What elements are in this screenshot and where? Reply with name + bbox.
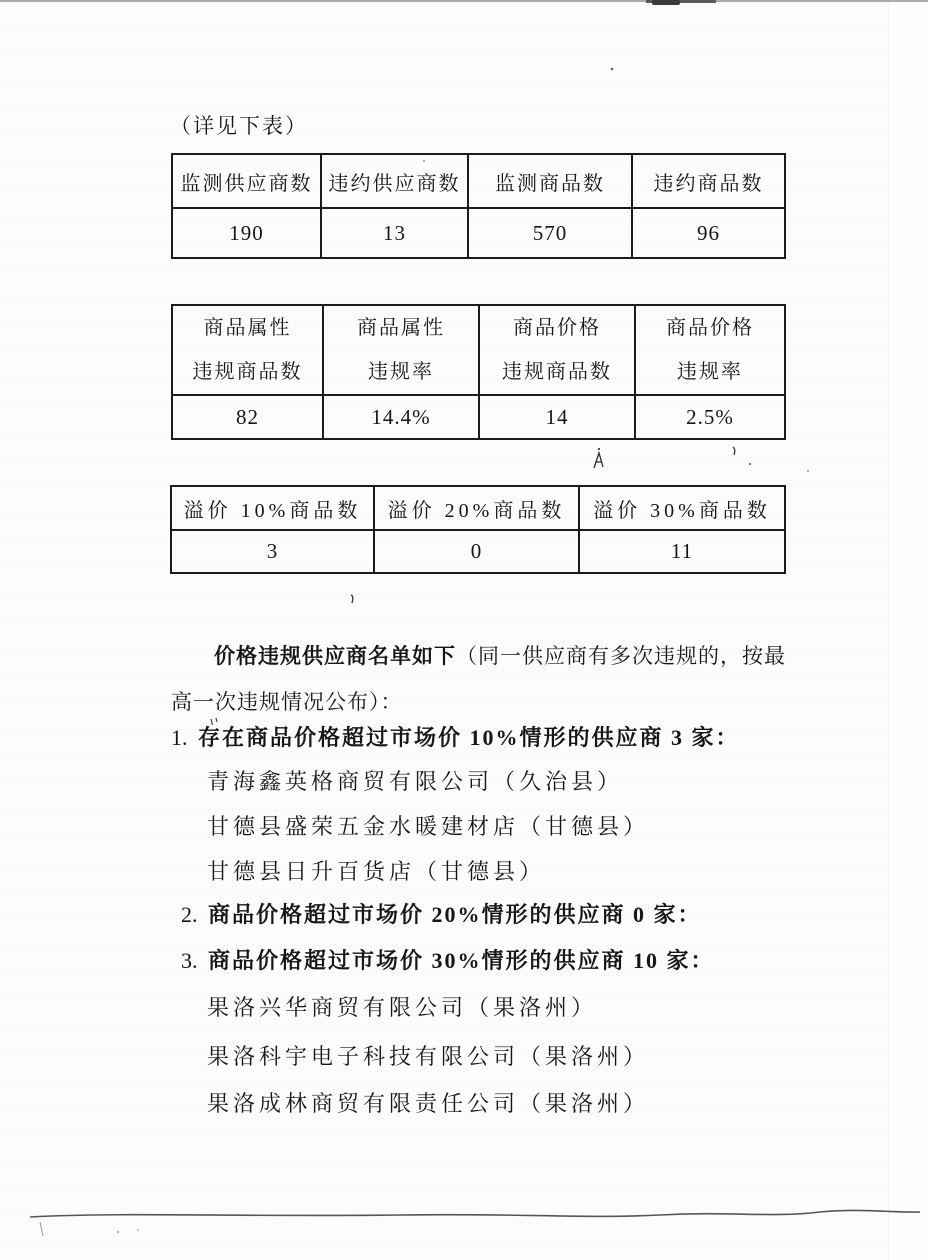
scan-top-smudge xyxy=(646,0,716,3)
ink-speck xyxy=(137,1229,139,1231)
ink-speck xyxy=(117,1231,119,1233)
header-cell: 商品属性违规商品数 xyxy=(172,305,323,395)
section-title-text: 存在商品价格超过市场价 10%情形的供应商 3 家： xyxy=(198,725,740,750)
table-value-row: 82 14.4% 14 2.5% xyxy=(172,395,785,439)
supplier-item: 甘德县盛荣五金水暖建材店（甘德县） xyxy=(171,813,847,841)
table-header-row: 商品属性违规商品数 商品属性违规率 商品价格违规商品数 商品价格违规率 xyxy=(172,305,785,395)
scan-top-edge-line xyxy=(0,0,928,2)
scan-page-edge xyxy=(888,0,928,1260)
section-number: 2. xyxy=(181,901,205,929)
paragraph-lead-rest: （同一供应商有多次违规的，按最 xyxy=(456,644,786,668)
header-cell: 监测供应商数 xyxy=(172,154,321,208)
ink-comma xyxy=(733,447,735,455)
value-cell: 190 xyxy=(172,208,321,258)
scan-bottom-edge-line xyxy=(30,1210,920,1217)
supplier-item: 甘德县日升百货店（甘德县） xyxy=(171,858,847,886)
value-cell: 2.5% xyxy=(635,395,785,439)
section-title-text: 商品价格超过市场价 30%情形的供应商 10 家： xyxy=(208,948,715,973)
header-cell: 溢价 30%商品数 xyxy=(579,486,785,530)
header-cell: 商品属性违规率 xyxy=(323,305,479,395)
monitoring-summary-table: 监测供应商数 违约供应商数 监测商品数 违约商品数 190 13 570 96 xyxy=(171,153,786,259)
price-violation-intro-paragraph: 价格违规供应商名单如下（同一供应商有多次违规的，按最 高一次违规情况公布）： xyxy=(171,633,796,725)
table-value-row: 3 0 11 xyxy=(171,530,785,573)
header-cell: 商品价格违规率 xyxy=(635,305,785,395)
scan-edge-tick xyxy=(40,1222,43,1236)
section-number: 1. xyxy=(171,724,195,752)
paragraph-lead-bold: 价格违规供应商名单如下 xyxy=(214,644,456,668)
ink-comma xyxy=(351,595,353,603)
header-cell: 溢价 10%商品数 xyxy=(171,486,374,530)
paragraph-line: 高一次违规情况公布）： xyxy=(171,679,796,725)
ink-speck xyxy=(749,463,751,465)
table-header-row: 溢价 10%商品数 溢价 20%商品数 溢价 30%商品数 xyxy=(171,486,785,530)
header-cell: 商品价格违规商品数 xyxy=(479,305,635,395)
ink-scribble xyxy=(594,453,603,468)
intro-note: （详见下表） xyxy=(170,110,308,140)
scanned-document-page: （详见下表） 监测供应商数 违约供应商数 监测商品数 违约商品数 190 13 … xyxy=(0,0,928,1260)
value-cell: 13 xyxy=(321,208,468,258)
ink-speck xyxy=(807,470,809,472)
value-cell: 3 xyxy=(171,530,374,573)
table-value-row: 190 13 570 96 xyxy=(172,208,785,258)
violation-rate-table: 商品属性违规商品数 商品属性违规率 商品价格违规商品数 商品价格违规率 82 1… xyxy=(171,304,786,440)
header-cell: 溢价 20%商品数 xyxy=(374,486,579,530)
scan-top-smudge-dark xyxy=(652,0,680,5)
supplier-item: 果洛科宇电子科技有限公司（果洛州） xyxy=(171,1043,847,1071)
section-title-1: 1.存在商品价格超过市场价 10%情形的供应商 3 家： xyxy=(171,724,811,752)
section-title-2: 2.商品价格超过市场价 20%情形的供应商 0 家： xyxy=(171,901,821,929)
ink-speck xyxy=(611,68,614,71)
value-cell: 0 xyxy=(374,530,579,573)
value-cell: 14.4% xyxy=(323,395,479,439)
ink-speck xyxy=(598,448,600,450)
supplier-item: 青海鑫英格商贸有限公司（久治县） xyxy=(171,768,847,796)
value-cell: 14 xyxy=(479,395,635,439)
paragraph-line: 价格违规供应商名单如下（同一供应商有多次违规的，按最 xyxy=(171,633,796,679)
value-cell: 82 xyxy=(172,395,323,439)
section-title-3: 3.商品价格超过市场价 30%情形的供应商 10 家： xyxy=(171,947,821,975)
premium-count-table: 溢价 10%商品数 溢价 20%商品数 溢价 30%商品数 3 0 11 xyxy=(170,485,786,574)
section-title-text: 商品价格超过市场价 20%情形的供应商 0 家： xyxy=(208,902,702,927)
section-number: 3. xyxy=(181,947,205,975)
header-cell: 监测商品数 xyxy=(468,154,632,208)
header-cell: 违约供应商数 xyxy=(321,154,468,208)
supplier-item: 果洛成林商贸有限责任公司（果洛州） xyxy=(171,1090,847,1118)
supplier-item: 果洛兴华商贸有限公司（果洛州） xyxy=(171,994,847,1022)
value-cell: 570 xyxy=(468,208,632,258)
value-cell: 11 xyxy=(579,530,785,573)
header-cell: 违约商品数 xyxy=(632,154,785,208)
table-header-row: 监测供应商数 违约供应商数 监测商品数 违约商品数 xyxy=(172,154,785,208)
value-cell: 96 xyxy=(632,208,785,258)
